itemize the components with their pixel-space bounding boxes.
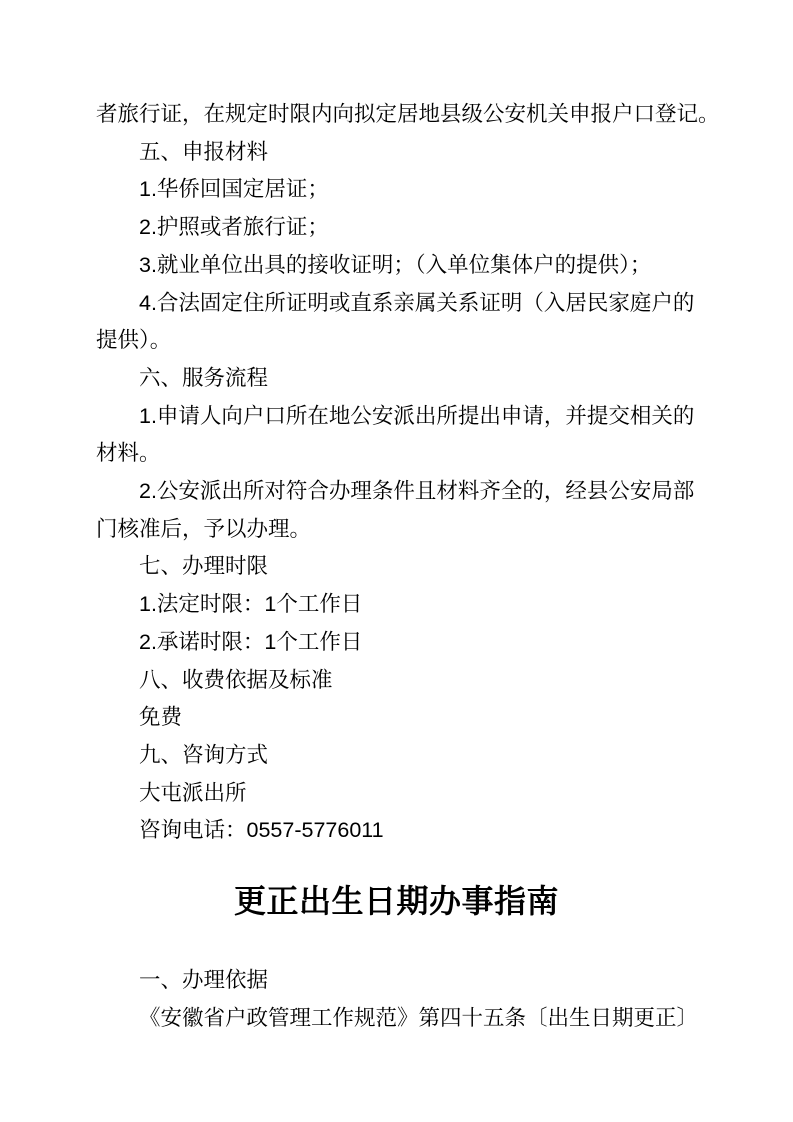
doc-line: 1.华侨回国定居证； bbox=[96, 171, 697, 209]
doc-line: 者旅行证，在规定时限内向拟定居地县级公安机关申报户口登记。 bbox=[96, 96, 697, 134]
doc-line: 2.护照或者旅行证； bbox=[96, 209, 697, 247]
doc-line: 3.就业单位出具的接收证明；（入单位集体户的提供）； bbox=[96, 247, 697, 285]
section-heading: 九、咨询方式 bbox=[96, 737, 697, 775]
doc-line: 大屯派出所 bbox=[96, 775, 697, 813]
doc-line: 提供）。 bbox=[96, 322, 697, 360]
doc-line: 4.合法固定住所证明或直系亲属关系证明（入居民家庭户的 bbox=[96, 285, 697, 323]
doc-line: 2.承诺时限：1个工作日 bbox=[96, 624, 697, 662]
doc-line: 门核准后，予以办理。 bbox=[96, 511, 697, 549]
doc-line: 1.法定时限：1个工作日 bbox=[96, 586, 697, 624]
doc-line: 2.公安派出所对符合办理条件且材料齐全的，经县公安局部 bbox=[96, 473, 697, 511]
doc-line: 免费 bbox=[96, 699, 697, 737]
document-page: 者旅行证，在规定时限内向拟定居地县级公安机关申报户口登记。 五、申报材料 1.华… bbox=[0, 0, 793, 1122]
doc-line: 材料。 bbox=[96, 435, 697, 473]
section-heading: 一、办理依据 bbox=[96, 962, 697, 1000]
section-heading: 七、办理时限 bbox=[96, 548, 697, 586]
section-heading: 五、申报材料 bbox=[96, 134, 697, 172]
document-content: 者旅行证，在规定时限内向拟定居地县级公安机关申报户口登记。 五、申报材料 1.华… bbox=[0, 0, 793, 1037]
section-heading: 六、服务流程 bbox=[96, 360, 697, 398]
page-title: 更正出生日期办事指南 bbox=[96, 877, 697, 926]
doc-line: 《安徽省户政管理工作规范》第四十五条〔出生日期更正〕 bbox=[96, 1000, 697, 1038]
doc-line: 1.申请人向户口所在地公安派出所提出申请，并提交相关的 bbox=[96, 398, 697, 436]
doc-line: 咨询电话：0557-5776011 bbox=[96, 812, 697, 850]
section-heading: 八、收费依据及标准 bbox=[96, 662, 697, 700]
